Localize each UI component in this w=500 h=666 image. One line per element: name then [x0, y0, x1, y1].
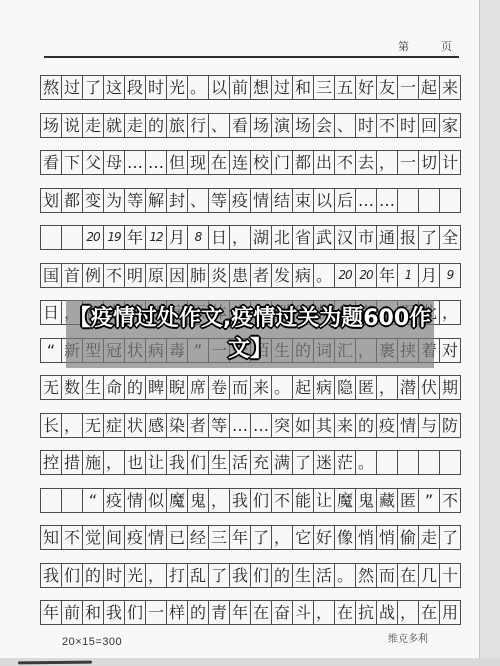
grid-cell: 让: [145, 450, 167, 475]
grid-cell: 看: [229, 113, 251, 138]
grid-row: 知不觉间疫情已经三年了，它好像悄悄偷走了: [40, 525, 461, 550]
grid-cell: 报: [397, 225, 419, 250]
grid-cell: 了: [208, 563, 230, 588]
grid-cell: 场: [250, 113, 272, 138]
grid-cell: …: [124, 150, 146, 175]
scan-margin-right: [480, 0, 500, 666]
grid-cell: 发: [271, 263, 293, 288]
grid-cell: 在: [250, 600, 272, 625]
grid-row: 年前和我们一样的青年在奋斗，在抗战，在用: [40, 600, 461, 625]
grid-cell: 熬: [40, 75, 62, 100]
grid-cell: 与: [418, 413, 440, 438]
grid-cell: 能: [292, 488, 314, 513]
grid-cell: 施: [82, 450, 104, 475]
grid-cell: 间: [103, 525, 125, 550]
grid-cell: 。: [313, 263, 335, 288]
grid-cell: 藏: [376, 488, 398, 513]
grid-cell: 封: [166, 188, 188, 213]
grid-cell: 一: [397, 75, 419, 100]
grid-cell: 魔: [334, 488, 356, 513]
grid-cell: 数: [61, 375, 83, 400]
grid-cell: 的: [124, 375, 146, 400]
grid-cell: 五: [334, 75, 356, 100]
grid-cell: 光: [166, 75, 188, 100]
grid-cell: 其: [313, 413, 335, 438]
grid-cell: 就: [103, 113, 125, 138]
grid-cell: 不: [376, 113, 398, 138]
grid-cell: 茫: [334, 450, 356, 475]
grid-cell: 不: [61, 525, 83, 550]
grid-cell: [418, 450, 440, 475]
grid-cell: 情: [124, 488, 146, 513]
grid-cell: 疫: [124, 525, 146, 550]
grid-cell: 后: [334, 188, 356, 213]
grid-cell: 段: [124, 75, 146, 100]
grid-cell: 我: [166, 450, 188, 475]
grid-cell: 生: [208, 450, 230, 475]
grid-cell: 情: [145, 525, 167, 550]
grid-row: 划都变为等解封、等疫情结束以后……: [40, 188, 461, 213]
grid-cell: 场: [40, 113, 62, 138]
grid-cell: 不: [271, 488, 293, 513]
grid-cell: 切: [418, 150, 440, 175]
grid-cell: 看: [40, 150, 62, 175]
grid-cell: 我: [40, 563, 62, 588]
grid-row: 控措施，也让我们生活充满了迷茫。: [40, 450, 461, 475]
grid-cell: 也: [124, 450, 146, 475]
grid-cell: ，: [313, 600, 335, 625]
grid-cell: ”: [418, 488, 440, 513]
grid-cell: 国: [40, 263, 62, 288]
grid-cell: 肺: [187, 263, 209, 288]
grid-cell: 日: [40, 300, 62, 325]
grid-cell: 让: [313, 488, 335, 513]
grid-cell: 来: [334, 413, 356, 438]
grid-cell: 不: [103, 263, 125, 288]
page-header: 第 页: [398, 38, 452, 54]
grid-cell: ，: [208, 488, 230, 513]
grid-cell: 都: [61, 188, 83, 213]
grid-cell: 悄: [376, 525, 398, 550]
grid-cell: 省: [292, 225, 314, 250]
grid-cell: 伏: [418, 375, 440, 400]
grid-cell: 抗: [355, 600, 377, 625]
grid-cell: 它: [292, 525, 314, 550]
grid-cell: 出: [313, 150, 335, 175]
grid-cell: 走: [418, 525, 440, 550]
grid-cell: 无: [82, 413, 104, 438]
grid-cell: 者: [187, 413, 209, 438]
grid-cell: 月: [166, 225, 188, 250]
grid-cell: 而: [376, 563, 398, 588]
grid-cell: 三: [313, 75, 335, 100]
grid-cell: 时: [145, 75, 167, 100]
grid-cell: 12: [145, 225, 167, 250]
grid-cell: 束: [292, 188, 314, 213]
grid-cell: 全: [439, 225, 461, 250]
grid-cell: 结: [271, 188, 293, 213]
grid-cell: 等: [208, 188, 230, 213]
grid-spec-label: 20×15=300: [62, 636, 122, 648]
grid-cell: 前: [61, 600, 83, 625]
grid-cell: 斗: [292, 600, 314, 625]
grid-cell: 觉: [82, 525, 104, 550]
grid-cell: 不: [439, 488, 461, 513]
grid-cell: 起: [418, 75, 440, 100]
grid-cell: 和: [292, 75, 314, 100]
grid-cell: 家: [439, 113, 461, 138]
grid-cell: 疫: [376, 413, 398, 438]
grid-cell: 年: [124, 225, 146, 250]
grid-cell: ，: [397, 600, 419, 625]
grid-cell: 为: [103, 188, 125, 213]
grid-row: 看下父母……但现在连校门都出不去，一切计: [40, 150, 461, 175]
grid-cell: 因: [166, 263, 188, 288]
grid-cell: ，: [61, 413, 83, 438]
grid-cell: 疫: [229, 188, 251, 213]
grid-cell: 睥: [145, 375, 167, 400]
grid-cell: 的: [187, 600, 209, 625]
grid-cell: 匿: [397, 488, 419, 513]
grid-cell: 防: [439, 413, 461, 438]
grid-cell: ，: [145, 563, 167, 588]
grid-cell: 的: [355, 413, 377, 438]
grid-cell: 现: [187, 150, 209, 175]
grid-cell: ，: [229, 225, 251, 250]
grid-cell: 三: [208, 525, 230, 550]
grid-cell: “: [40, 338, 62, 363]
grid-cell: 变: [82, 188, 104, 213]
grid-cell: 样: [166, 600, 188, 625]
grid-cell: 演: [271, 113, 293, 138]
page-header-di-label: 第: [398, 38, 409, 54]
grid-cell: 场: [292, 113, 314, 138]
grid-cell: [418, 188, 440, 213]
grid-cell: 长: [40, 413, 62, 438]
grid-cell: 一: [145, 600, 167, 625]
grid-cell: 像: [334, 525, 356, 550]
grid-cell: 市: [355, 225, 377, 250]
grid-cell: ，: [103, 450, 125, 475]
grid-cell: 下: [61, 150, 83, 175]
grid-cell: 会: [313, 113, 335, 138]
grid-cell: 知: [40, 525, 62, 550]
brand-label: 维克多利: [388, 630, 428, 645]
grid-cell: 汉: [334, 225, 356, 250]
grid-cell: 父: [82, 150, 104, 175]
grid-cell: 了: [250, 525, 272, 550]
grid-cell: 。: [334, 563, 356, 588]
grid-cell: 几: [418, 563, 440, 588]
grid-cell: 旅: [166, 113, 188, 138]
grid-cell: 们: [187, 450, 209, 475]
grid-cell: 了: [82, 75, 104, 100]
grid-cell: 以: [313, 188, 335, 213]
grid-cell: 等: [124, 188, 146, 213]
grid-cell: 19: [103, 225, 125, 250]
grid-cell: 解: [145, 188, 167, 213]
grid-cell: 年: [40, 600, 62, 625]
grid-cell: 例: [82, 263, 104, 288]
grid-cell: 悄: [355, 525, 377, 550]
grid-cell: 活: [229, 450, 251, 475]
grid-cell: 情: [397, 413, 419, 438]
grid-cell: 1: [397, 263, 419, 288]
grid-cell: 首: [61, 263, 83, 288]
grid-cell: [439, 450, 461, 475]
header-rule: [44, 56, 459, 58]
grid-cell: 睨: [166, 375, 188, 400]
grid-cell: 病: [313, 375, 335, 400]
grid-cell: 20: [334, 263, 356, 288]
grid-row: 场说走就走的旅行、看场演场会、时不时回家: [40, 113, 461, 138]
grid-cell: 我: [103, 600, 125, 625]
grid-cell: 年: [376, 263, 398, 288]
grid-cell: 说: [61, 113, 83, 138]
grid-cell: 打: [166, 563, 188, 588]
grid-cell: …: [355, 188, 377, 213]
grid-cell: …: [229, 413, 251, 438]
grid-cell: 如: [292, 413, 314, 438]
grid-cell: 命: [103, 375, 125, 400]
grid-cell: 时: [397, 113, 419, 138]
grid-cell: 症: [103, 413, 125, 438]
grid-cell: 。: [271, 375, 293, 400]
grid-row: 熬过了这段时光。以前想过和三五好友一起来: [40, 75, 461, 100]
grid-row: 我们的时光，打乱了我们的生活。然而在几十: [40, 563, 461, 588]
grid-cell: ，: [439, 300, 461, 325]
grid-cell: 来: [250, 375, 272, 400]
grid-cell: 来: [439, 75, 461, 100]
grid-cell: 染: [166, 413, 188, 438]
grid-cell: 们: [250, 488, 272, 513]
grid-cell: 活: [313, 563, 335, 588]
grid-cell: 这: [103, 75, 125, 100]
grid-cell: 不: [334, 150, 356, 175]
grid-cell: 走: [124, 113, 146, 138]
grid-cell: 我: [229, 563, 251, 588]
grid-cell: 校: [250, 150, 272, 175]
grid-cell: …: [145, 150, 167, 175]
grid-row: 长，无症状感染者等……突如其来的疫情与防: [40, 413, 461, 438]
grid-cell: ，: [376, 150, 398, 175]
grid-cell: 通: [376, 225, 398, 250]
grid-row: 无数生命的睥睨席卷而来。起病隐匿，潜伏期: [40, 375, 461, 400]
grid-cell: 炎: [208, 263, 230, 288]
grid-cell: 病: [292, 263, 314, 288]
grid-cell: 的: [271, 563, 293, 588]
grid-cell: 去: [355, 150, 377, 175]
grid-cell: 的: [145, 113, 167, 138]
grid-cell: 而: [229, 375, 251, 400]
grid-cell: 好: [355, 75, 377, 100]
grid-cell: 友: [376, 75, 398, 100]
grid-row: 2019年12月8日，湖北省武汉市通报了全: [40, 225, 461, 250]
grid-cell: 匿: [355, 375, 377, 400]
grid-cell: 等: [208, 413, 230, 438]
grid-cell: 在: [397, 563, 419, 588]
grid-cell: 和: [82, 600, 104, 625]
grid-cell: 时: [355, 113, 377, 138]
grid-cell: 偷: [397, 525, 419, 550]
grid-cell: 者: [250, 263, 272, 288]
grid-cell: 走: [82, 113, 104, 138]
grid-cell: 光: [124, 563, 146, 588]
grid-cell: 过: [61, 75, 83, 100]
grid-cell: [397, 450, 419, 475]
grid-cell: 原: [145, 263, 167, 288]
grid-cell: 青: [208, 600, 230, 625]
grid-cell: 但: [166, 150, 188, 175]
grid-cell: 迷: [313, 450, 335, 475]
grid-cell: 生: [82, 375, 104, 400]
grid-cell: 了: [292, 450, 314, 475]
grid-cell: 想: [250, 75, 272, 100]
grid-cell: 日: [208, 225, 230, 250]
grid-cell: 划: [40, 188, 62, 213]
grid-cell: 卷: [208, 375, 230, 400]
grid-cell: 。: [187, 75, 209, 100]
grid-cell: ，: [271, 525, 293, 550]
grid-cell: 状: [124, 413, 146, 438]
grid-cell: 感: [145, 413, 167, 438]
grid-cell: 武: [313, 225, 335, 250]
grid-cell: 8: [187, 225, 209, 250]
grid-cell: 都: [292, 150, 314, 175]
grid-cell: 门: [271, 150, 293, 175]
grid-cell: 生: [292, 563, 314, 588]
grid-cell: 们: [61, 563, 83, 588]
grid-cell: [61, 488, 83, 513]
grid-cell: 了: [418, 225, 440, 250]
grid-cell: 好: [313, 525, 335, 550]
grid-cell: 突: [271, 413, 293, 438]
grid-cell: 前: [229, 75, 251, 100]
grid-cell: [439, 188, 461, 213]
grid-cell: 行: [187, 113, 209, 138]
grid-cell: 满: [271, 450, 293, 475]
grid-cell: 月: [418, 263, 440, 288]
grid-cell: 已: [166, 525, 188, 550]
grid-cell: 潜: [397, 375, 419, 400]
grid-cell: 明: [124, 263, 146, 288]
grid-cell: 年: [229, 600, 251, 625]
grid-cell: 时: [103, 563, 125, 588]
grid-cell: 鬼: [355, 488, 377, 513]
grid-cell: 我: [229, 488, 251, 513]
grid-cell: 回: [418, 113, 440, 138]
grid-cell: 们: [250, 563, 272, 588]
grid-cell: 患: [229, 263, 251, 288]
grid-cell: 隐: [334, 375, 356, 400]
grid-cell: 用: [439, 600, 461, 625]
grid-cell: ，: [376, 375, 398, 400]
grid-cell: [61, 225, 83, 250]
grid-cell: 连: [229, 150, 251, 175]
grid-cell: 期: [439, 375, 461, 400]
scanned-manuscript-page: 第 页 熬过了这段时光。以前想过和三五好友一起来场说走就走的旅行、看场演场会、时…: [0, 0, 500, 666]
title-overlay-banner: 【疫情过处作文,疫情过关为题600作文】: [66, 300, 434, 368]
grid-cell: 无: [40, 375, 62, 400]
grid-cell: 北: [271, 225, 293, 250]
grid-cell: 乱: [187, 563, 209, 588]
grid-cell: 席: [187, 375, 209, 400]
grid-cell: 经: [187, 525, 209, 550]
grid-cell: 过: [271, 75, 293, 100]
grid-cell: 充: [250, 450, 272, 475]
grid-cell: 疫: [103, 488, 125, 513]
grid-cell: 了: [439, 525, 461, 550]
grid-cell: 以: [208, 75, 230, 100]
grid-cell: 、: [334, 113, 356, 138]
overlay-title: 【疫情过处作文,疫情过关为题600作文】: [66, 303, 434, 365]
grid-cell: 情: [250, 188, 272, 213]
grid-cell: 一: [397, 150, 419, 175]
grid-row: 国首例不明原因肺炎患者发病。2020年1月9: [40, 263, 461, 288]
grid-row: “疫情似魔鬼，我们不能让魔鬼藏匿”不: [40, 488, 461, 513]
grid-cell: 母: [103, 150, 125, 175]
grid-cell: 然: [355, 563, 377, 588]
grid-cell: 鬼: [187, 488, 209, 513]
grid-cell: 年: [229, 525, 251, 550]
grid-cell: [40, 488, 62, 513]
grid-cell: 起: [292, 375, 314, 400]
grid-cell: 魔: [166, 488, 188, 513]
grid-cell: [40, 225, 62, 250]
grid-cell: 湖: [250, 225, 272, 250]
grid-cell: 。: [355, 450, 377, 475]
grid-cell: …: [376, 188, 398, 213]
grid-cell: 20: [355, 263, 377, 288]
grid-cell: [376, 450, 398, 475]
grid-cell: 计: [439, 150, 461, 175]
grid-cell: [397, 188, 419, 213]
grid-cell: 十: [439, 563, 461, 588]
grid-cell: 措: [61, 450, 83, 475]
grid-cell: 、: [187, 188, 209, 213]
grid-cell: 控: [40, 450, 62, 475]
grid-cell: 战: [376, 600, 398, 625]
page-header-ye-label: 页: [441, 38, 452, 54]
grid-cell: 在: [208, 150, 230, 175]
grid-cell: 们: [124, 600, 146, 625]
grid-cell: 9: [439, 263, 461, 288]
grid-cell: 的: [82, 563, 104, 588]
grid-cell: “: [82, 488, 104, 513]
grid-cell: 、: [208, 113, 230, 138]
grid-cell: …: [250, 413, 272, 438]
grid-cell: 在: [334, 600, 356, 625]
grid-cell: 20: [82, 225, 104, 250]
grid-cell: 在: [418, 600, 440, 625]
grid-cell: 奋: [271, 600, 293, 625]
grid-cell: 似: [145, 488, 167, 513]
grid-cell: 对: [439, 338, 461, 363]
